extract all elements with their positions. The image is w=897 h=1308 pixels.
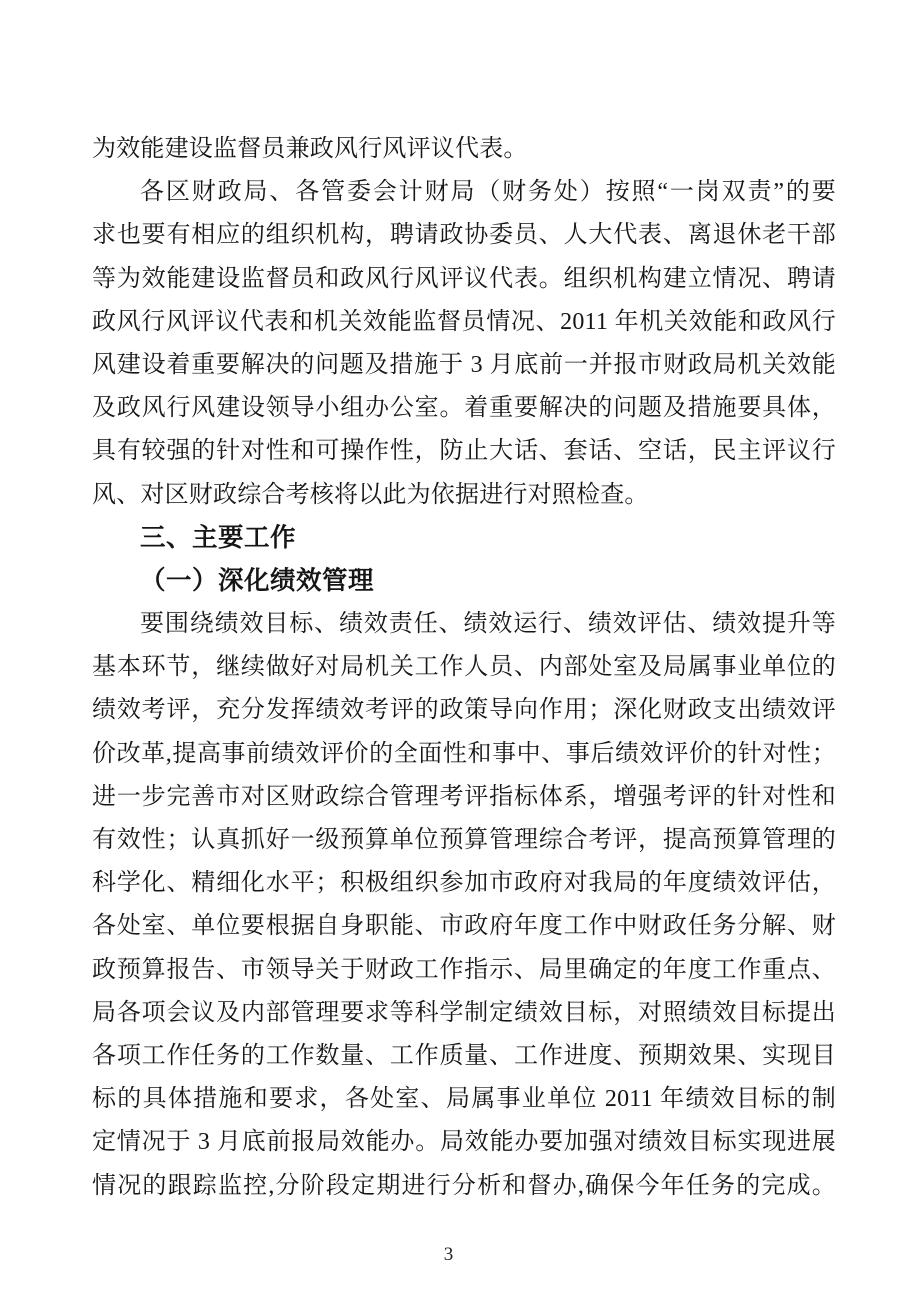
text-line: 局各项会议及内部管理要求等科学制定绩效目标，对照绩效目标提出	[92, 992, 836, 1035]
text-line: 有效性；认真抓好一级预算单位预算管理综合考评，提高预算管理的	[92, 819, 836, 862]
text-line: 为效能建设监督员兼政风行风评议代表。	[92, 128, 836, 171]
text-line: 求也要有相应的组织机构，聘请政协委员、人大代表、离退休老干部	[92, 214, 836, 257]
text-line: 具有较强的针对性和可操作性，防止大话、套话、空话，民主评议行	[92, 430, 836, 473]
text-line: 价改革,提高事前绩效评价的全面性和事中、事后绩效评价的针对性；	[92, 733, 836, 776]
text-line: 进一步完善市对区财政综合管理考评指标体系，增强考评的针对性和	[92, 776, 836, 819]
text-line: 政风行风评议代表和机关效能监督员情况、2011 年机关效能和政风行	[92, 301, 836, 344]
text-line: 各处室、单位要根据自身职能、市政府年度工作中财政任务分解、财	[92, 905, 836, 948]
text-line: 要围绕绩效目标、绩效责任、绩效运行、绩效评估、绩效提升等	[92, 603, 836, 646]
text-line: 基本环节，继续做好对局机关工作人员、内部处室及局属事业单位的	[92, 646, 836, 689]
text-block: 为效能建设监督员兼政风行风评议代表。 各区财政局、各管委会计财局（财务处）按照“…	[92, 128, 836, 1208]
text-line: 各区财政局、各管委会计财局（财务处）按照“一岗双责”的要	[92, 171, 836, 214]
text-line: 绩效考评，充分发挥绩效考评的政策导向作用；深化财政支出绩效评	[92, 689, 836, 732]
heading-section-main-tasks: 三、主要工作	[92, 517, 836, 560]
text-line: 及政风行风建设领导小组办公室。着重要解决的问题及措施要具体，	[92, 387, 836, 430]
text-line: 情况的跟踪监控,分阶段定期进行分析和督办,确保今年任务的完成。	[92, 1165, 836, 1208]
text-line: 各项工作任务的工作数量、工作质量、工作进度、预期效果、实现目	[92, 1035, 836, 1078]
text-line: 等为效能建设监督员和政风行风评议代表。组织机构建立情况、聘请	[92, 258, 836, 301]
text-line: 风、对区财政综合考核将以此为依据进行对照检查。	[92, 474, 836, 517]
text-line: 科学化、精细化水平；积极组织参加市政府对我局的年度绩效评估，	[92, 862, 836, 905]
page-number: 3	[0, 1244, 897, 1266]
text-line: 标的具体措施和要求，各处室、局属事业单位 2011 年绩效目标的制	[92, 1078, 836, 1121]
text-line: 风建设着重要解决的问题及措施于 3 月底前一并报市财政局机关效能	[92, 344, 836, 387]
document-page: 为效能建设监督员兼政风行风评议代表。 各区财政局、各管委会计财局（财务处）按照“…	[0, 0, 897, 1308]
text-line: 定情况于 3 月底前报局效能办。局效能办要加强对绩效目标实现进展	[92, 1121, 836, 1164]
heading-subsection-performance: （一）深化绩效管理	[92, 560, 836, 603]
text-line: 政预算报告、市领导关于财政工作指示、局里确定的年度工作重点、	[92, 949, 836, 992]
